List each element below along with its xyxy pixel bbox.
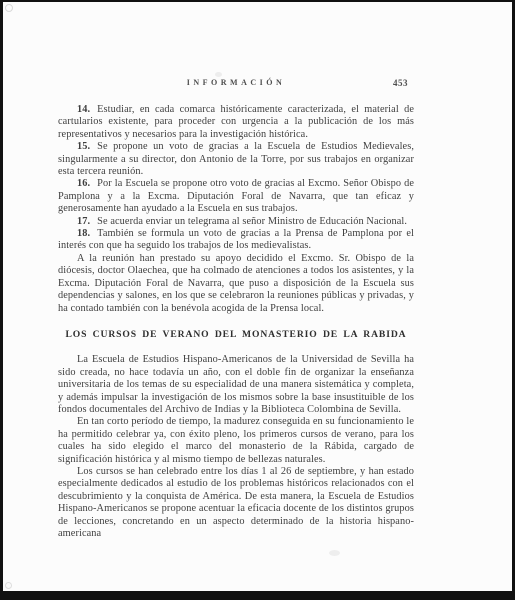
item-number: 17. (77, 216, 90, 227)
item-text: Por la Escuela se propone otro voto de g… (58, 178, 414, 214)
item-number: 15. (77, 141, 90, 152)
page-body: 14.Estudiar, en cada comarca históricame… (58, 104, 414, 540)
scanned-page: INFORMACIÓN 453 14.Estudiar, en cada com… (0, 0, 515, 600)
scan-artifact (5, 582, 12, 589)
numbered-item-16: 16.Por la Escuela se propone otro voto d… (58, 178, 414, 215)
item-number: 18. (77, 228, 90, 239)
scan-artifact (329, 550, 340, 556)
numbered-item-15: 15.Se propone un voto de gracias a la Es… (58, 141, 414, 178)
section-heading: LOS CURSOS DE VERANO DEL MONASTERIO DE L… (58, 329, 414, 341)
item-text: Se propone un voto de gracias a la Escue… (58, 141, 414, 177)
item-text: También se formula un voto de gracias a … (58, 228, 414, 251)
closing-paragraph: A la reunión han prestado su apoyo decid… (58, 253, 414, 315)
item-number: 14. (77, 104, 90, 115)
section-paragraph-2: En tan corto período de tiempo, la madur… (58, 416, 414, 466)
page-header: INFORMACIÓN 453 (58, 78, 414, 91)
item-text: Se acuerda enviar un telegrama al señor … (97, 216, 407, 227)
text-column: INFORMACIÓN 453 14.Estudiar, en cada com… (58, 78, 414, 540)
scan-artifact (5, 4, 13, 12)
page-number: 453 (393, 78, 408, 88)
scan-artifact (215, 72, 222, 77)
section-paragraph-1: La Escuela de Estudios Hispano-Americano… (58, 354, 414, 416)
section-paragraph-3: Los cursos se han celebrado entre los dí… (58, 466, 414, 540)
numbered-item-14: 14.Estudiar, en cada comarca históricame… (58, 104, 414, 141)
item-number: 16. (77, 178, 90, 189)
running-title: INFORMACIÓN (58, 78, 414, 87)
numbered-item-18: 18.También se formula un voto de gracias… (58, 228, 414, 253)
numbered-item-17: 17.Se acuerda enviar un telegrama al señ… (58, 216, 414, 228)
item-text: Estudiar, en cada comarca históricamente… (58, 104, 414, 140)
